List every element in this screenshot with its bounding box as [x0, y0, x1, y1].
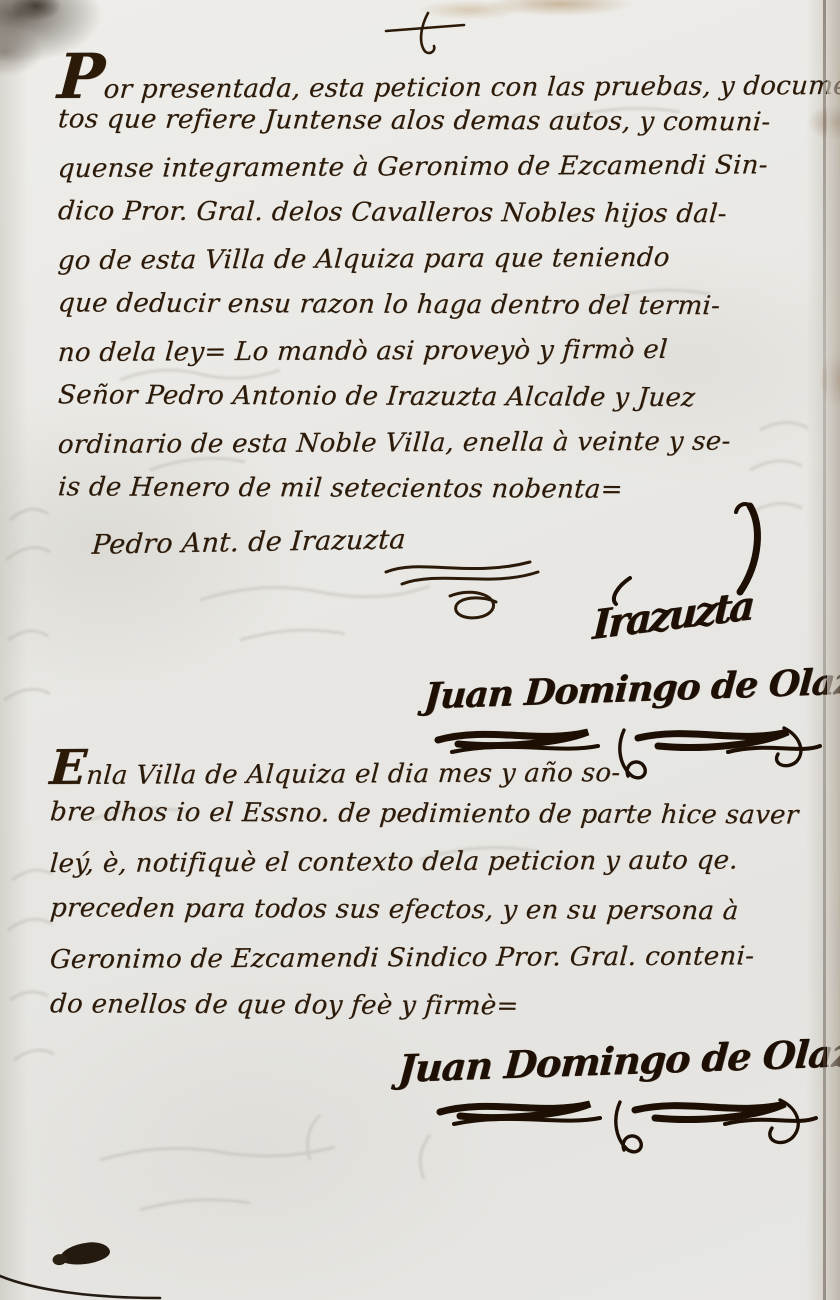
notification-paragraph: Enla Villa de Alquiza el dia mes y año s… [50, 742, 836, 1030]
decree-line: Por presentada, esta peticion con las pr… [56, 50, 839, 100]
page-edge [827, 0, 840, 1300]
decree-line: que deducir ensu razon lo haga dentro de… [56, 280, 839, 329]
decree-paragraph: Por presentada, esta peticion con las pr… [58, 52, 838, 512]
decree-line: no dela ley= Lo mandò asi proveyò y firm… [56, 326, 839, 376]
juan-signature-flourish [430, 1088, 820, 1163]
manuscript-page: Por presentada, esta peticion con las pr… [0, 0, 840, 1300]
decree-line: tos que refiere Juntense alos demas auto… [56, 96, 839, 145]
pedro-rubric-flourish [380, 556, 570, 626]
notification-line: preceden para todos sus efectos, y en su… [48, 884, 837, 935]
notification-line: do enellos de que doy feè y firmè= [48, 980, 837, 1031]
decree-line: Señor Pedro Antonio de Irazuzta Alcalde … [56, 372, 839, 421]
notification-line: Geronimo de Ezcamendi Sindico Pror. Gral… [48, 932, 837, 984]
notification-line: leý, è, notifiquè el contexto dela petic… [48, 836, 837, 888]
notification-line: bre dhos io el Essno. de pedimiento de p… [48, 788, 837, 839]
corner-stroke [0, 1268, 180, 1300]
pedro-irazuzta-signed-name: Pedro Ant. de Irazuzta [91, 524, 407, 561]
decree-line: ordinario de esta Noble Villa, enella à … [56, 418, 839, 468]
cross-mark-icon [382, 10, 472, 58]
page-fold-line [823, 0, 826, 1300]
decree-line: dico Pror. Gral. delos Cavalleros Nobles… [56, 188, 839, 237]
decree-line: quense integramente à Geronimo de Ezcame… [56, 142, 839, 192]
decree-line: go de esta Villa de Alquiza para que ten… [56, 234, 839, 284]
notification-line: Enla Villa de Alquiza el dia mes y año s… [48, 740, 837, 792]
